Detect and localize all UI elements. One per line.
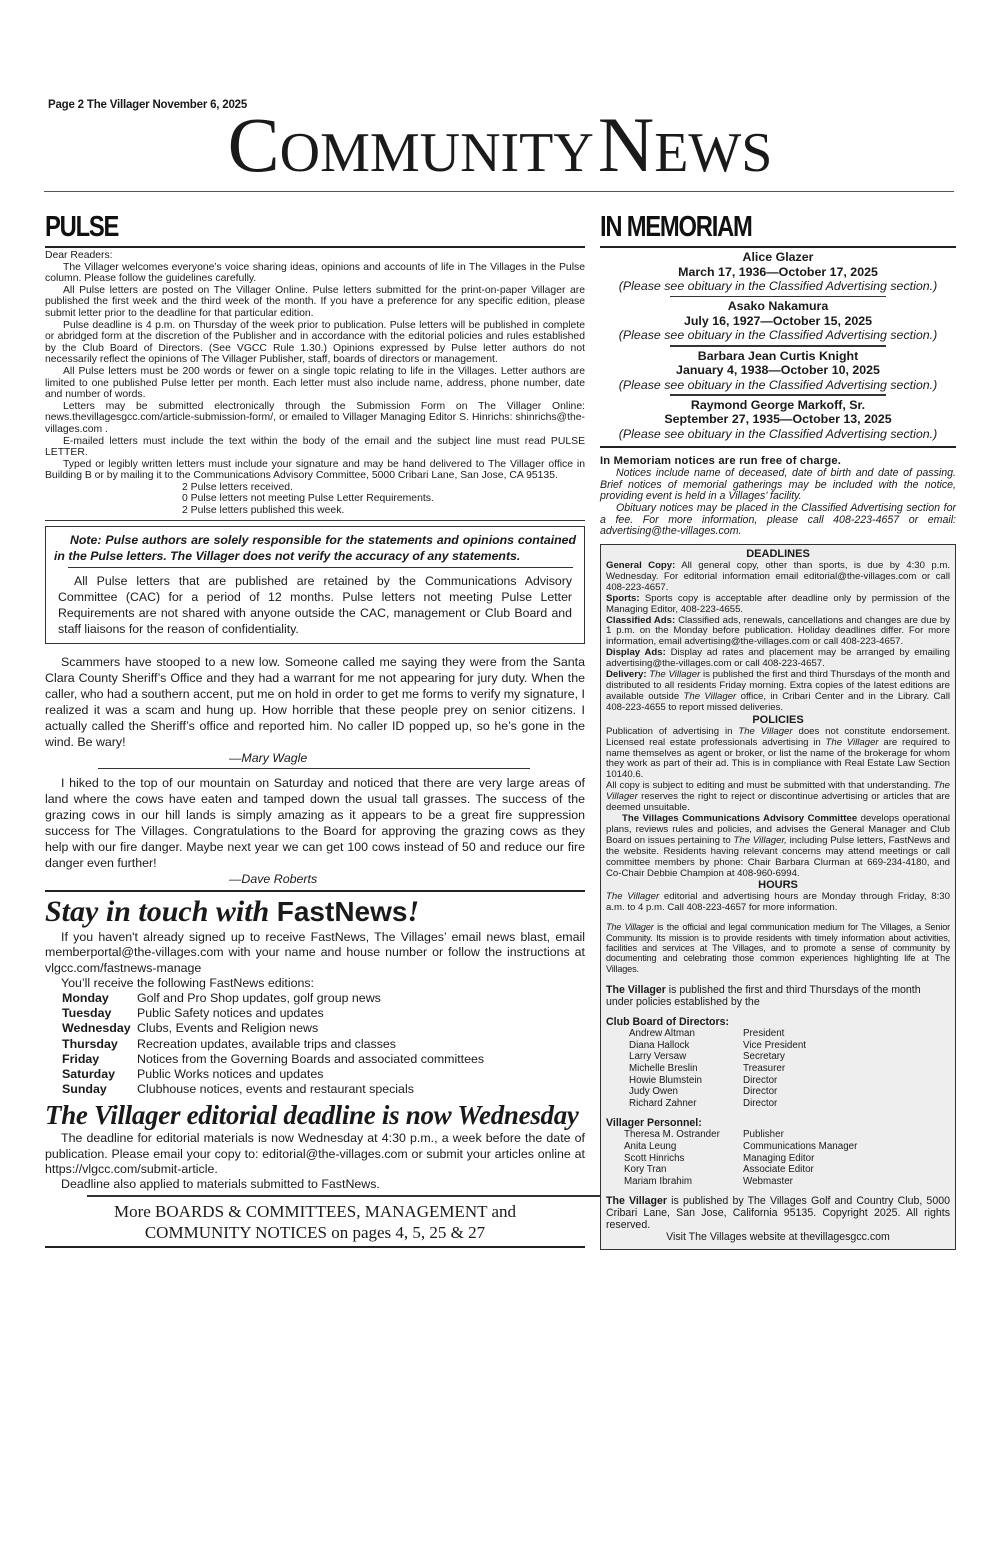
fastnews-heading-lead: Stay in touch with — [45, 895, 277, 928]
life-dates: March 17, 1936—October 17, 2025 — [600, 265, 956, 280]
publication-name: The Villager — [606, 984, 666, 996]
salutation: Dear Readers: — [45, 250, 585, 262]
roster-row: Theresa M. OstranderPublisher — [606, 1129, 950, 1141]
fastnews-brand: FastNews — [277, 896, 408, 927]
fastnews-intro: If you haven't already signed up to rece… — [45, 930, 585, 976]
roster-row: Larry VersawSecretary — [606, 1051, 950, 1063]
edition-day: Sunday — [62, 1082, 137, 1097]
deadline-item: Classified Ads: Classified ads, renewals… — [606, 616, 950, 649]
staff-name: Mariam Ibrahim — [606, 1176, 743, 1188]
deceased-name: Raymond George Markoff, Sr. — [600, 398, 956, 413]
fastnews-heading: Stay in touch with FastNews! — [45, 894, 585, 930]
counts-rule — [45, 520, 585, 521]
edition-desc: Recreation updates, available trips and … — [137, 1037, 396, 1052]
policy-paragraph: All copy is subject to editing and must … — [606, 781, 950, 814]
disclaimer-rule — [68, 567, 573, 568]
pulse-disclaimer-box: Note: Pulse authors are solely responsib… — [45, 526, 585, 644]
pulse-letter: I hiked to the top of our mountain on Sa… — [45, 775, 585, 871]
life-dates: January 4, 1938—October 10, 2025 — [600, 363, 956, 378]
deadline-item: Sports: Sports copy is acceptable after … — [606, 594, 950, 616]
memoriam-divider — [670, 296, 886, 298]
count-received: 2 Pulse letters received. — [182, 482, 585, 494]
deadline-label: Classified Ads: — [606, 615, 675, 626]
memoriam-entry: Alice Glazer March 17, 1936—October 17, … — [600, 250, 956, 294]
website-link[interactable]: Visit The Villages website at thevillage… — [606, 1231, 950, 1243]
publication-name: The Villager — [606, 922, 654, 932]
pulse-heading-rule — [45, 246, 585, 248]
roster-row: Diana HallockVice President — [606, 1040, 950, 1052]
left-column-end-rule — [45, 1246, 585, 1248]
roster-row: Judy OwenDirector — [606, 1086, 950, 1098]
roster-row: Andrew AltmanPresident — [606, 1028, 950, 1040]
publication-name: The Villager — [684, 691, 737, 702]
masthead-word-community: OMMUNITY — [280, 122, 594, 184]
member-role: Director — [743, 1098, 777, 1110]
personnel-roster: Theresa M. OstranderPublisher Anita Leun… — [606, 1129, 950, 1187]
member-name: Larry Versaw — [606, 1051, 743, 1063]
memoriam-policy-paragraph: Notices include name of deceased, date o… — [600, 468, 956, 503]
publication-name: The Villager — [649, 669, 700, 680]
fastnews-heading-bang: ! — [407, 895, 419, 928]
edition-desc: Notices from the Governing Boards and as… — [137, 1052, 484, 1067]
roster-row: Anita LeungCommunications Manager — [606, 1141, 950, 1153]
hours-paragraph: The Villager editorial and advertising h… — [606, 892, 950, 914]
count-not-meeting: 0 Pulse letters not meeting Pulse Letter… — [182, 493, 585, 505]
deadline-item: General Copy: All general copy, other th… — [606, 561, 950, 594]
staff-name: Kory Tran — [606, 1164, 743, 1176]
pulse-end-rule — [45, 890, 585, 893]
member-name: Judy Owen — [606, 1086, 743, 1098]
policy-paragraph: Publication of advertising in The Villag… — [606, 727, 950, 782]
staff-role: Communications Manager — [743, 1141, 857, 1153]
masthead-info-box: DEADLINES General Copy: All general copy… — [600, 544, 956, 1250]
publication-schedule: The Villager is published the first and … — [606, 984, 950, 1008]
mission-statement: The Villager is the official and legal c… — [606, 922, 950, 974]
pulse-guidelines: Dear Readers: The Villager welcomes ever… — [45, 250, 585, 482]
left-column: PULSE Dear Readers: The Villager welcome… — [45, 210, 585, 1248]
edition-day: Tuesday — [62, 1006, 137, 1021]
staff-name: Scott Hinrichs — [606, 1153, 743, 1165]
member-role: Secretary — [743, 1051, 785, 1063]
roster-row: Kory TranAssociate Editor — [606, 1164, 950, 1176]
edition-day: Thursday — [62, 1037, 137, 1052]
member-role: President — [743, 1028, 784, 1040]
guideline-paragraph: All Pulse letters are posted on The Vill… — [45, 285, 585, 320]
section-masthead: COMMUNITY NEWS — [0, 106, 1000, 184]
edition-day: Friday — [62, 1052, 137, 1067]
member-name: Richard Zahner — [606, 1098, 743, 1110]
retention-notice: All Pulse letters that are published are… — [58, 573, 572, 637]
staff-name: Anita Leung — [606, 1141, 743, 1153]
cac-name: The Villages Communications Advisory Com… — [622, 813, 857, 824]
more-notices-line: COMMUNITY NOTICES on pages 4, 5, 25 & 27 — [45, 1222, 585, 1243]
obituary-reference: (Please see obituary in the Classified A… — [600, 279, 956, 294]
memoriam-entry: Barbara Jean Curtis Knight January 4, 19… — [600, 349, 956, 393]
member-name: Andrew Altman — [606, 1028, 743, 1040]
roster-row: Howie BlumsteinDirector — [606, 1075, 950, 1087]
cac-paragraph: The Villages Communications Advisory Com… — [606, 814, 950, 879]
edition-row: FridayNotices from the Governing Boards … — [62, 1052, 585, 1067]
fastnews-editions-list: MondayGolf and Pro Shop updates, golf gr… — [62, 991, 585, 1097]
edition-desc: Public Works notices and updates — [137, 1067, 323, 1082]
memoriam-policy: In Memoriam notices are run free of char… — [600, 456, 956, 538]
staff-role: Managing Editor — [743, 1153, 814, 1165]
edition-desc: Clubs, Events and Religion news — [137, 1021, 318, 1036]
edition-row: MondayGolf and Pro Shop updates, golf gr… — [62, 991, 585, 1006]
deadline-label: Display Ads: — [606, 647, 666, 658]
copyright-notice: The Villager is published by The Village… — [606, 1195, 950, 1231]
member-name: Michelle Breslin — [606, 1063, 743, 1075]
right-column: IN MEMORIAM Alice Glazer March 17, 1936—… — [600, 210, 956, 1250]
memoriam-entry: Asako Nakamura July 16, 1927—October 15,… — [600, 299, 956, 343]
masthead-initial-n: N — [598, 101, 654, 188]
editorial-deadline-body: The deadline for editorial materials is … — [45, 1131, 585, 1177]
letter-divider — [98, 768, 530, 769]
deceased-name: Barbara Jean Curtis Knight — [600, 349, 956, 364]
edition-day: Wednesday — [62, 1021, 137, 1036]
deceased-name: Alice Glazer — [600, 250, 956, 265]
board-heading: Club Board of Directors: — [606, 1016, 950, 1028]
masthead-initial-c: C — [228, 101, 280, 188]
deadline-item-delivery: Delivery: The Villager is published the … — [606, 670, 950, 714]
life-dates: July 16, 1927—October 15, 2025 — [600, 314, 956, 329]
publication-name: The Villager — [606, 1195, 667, 1207]
more-notice-rule — [87, 1195, 605, 1197]
edition-row: WednesdayClubs, Events and Religion news — [62, 1021, 585, 1036]
letter-signature: —Mary Wagle — [45, 750, 585, 766]
guideline-paragraph: Pulse deadline is 4 p.m. on Thursday of … — [45, 320, 585, 366]
edition-row: ThursdayRecreation updates, available tr… — [62, 1037, 585, 1052]
staff-role: Associate Editor — [743, 1164, 814, 1176]
policy-text: All copy is subject to editing and must … — [606, 780, 933, 791]
obituary-reference: (Please see obituary in the Classified A… — [600, 378, 956, 393]
roster-row: Scott HinrichsManaging Editor — [606, 1153, 950, 1165]
member-role: Director — [743, 1075, 777, 1087]
disclaimer-note: Note: Pulse authors are solely responsib… — [54, 532, 576, 564]
deadline-item: Display Ads: Display ad rates and placem… — [606, 648, 950, 670]
deadline-label: General Copy: — [606, 560, 675, 571]
life-dates: September 27, 1935—October 13, 2025 — [600, 412, 956, 427]
publication-name: The Villager, — [734, 835, 787, 846]
edition-day: Monday — [62, 991, 137, 1006]
editorial-deadline-heading: The Villager editorial deadline is now W… — [45, 1099, 585, 1131]
personnel-heading: Villager Personnel: — [606, 1117, 950, 1129]
more-notices-pointer: More BOARDS & COMMITTEES, MANAGEMENT and… — [45, 1201, 585, 1243]
guideline-paragraph: E-mailed letters must include the text w… — [45, 436, 585, 459]
deceased-name: Asako Nakamura — [600, 299, 956, 314]
pulse-letter-counts: 2 Pulse letters received. 0 Pulse letter… — [182, 482, 585, 517]
staff-name: Theresa M. Ostrander — [606, 1129, 743, 1141]
mission-text: is the official and legal communication … — [606, 922, 950, 974]
deadline-label: Delivery: — [606, 669, 647, 680]
edition-row: TuesdayPublic Safety notices and updates — [62, 1006, 585, 1021]
edition-day: Saturday — [62, 1067, 137, 1082]
memoriam-end-rule — [600, 446, 956, 449]
memoriam-divider — [670, 345, 886, 347]
pulse-letter: Scammers have stooped to a new low. Some… — [45, 654, 585, 750]
policy-text: reserves the right to reject or disconti… — [606, 791, 950, 813]
obituary-reference: (Please see obituary in the Classified A… — [600, 328, 956, 343]
staff-role: Publisher — [743, 1129, 784, 1141]
memoriam-heading: IN MEMORIAM — [600, 210, 892, 244]
edition-row: SundayClubhouse notices, events and rest… — [62, 1082, 585, 1097]
memoriam-divider — [670, 394, 886, 396]
masthead-divider — [44, 191, 954, 192]
guideline-paragraph: Letters may be submitted electronically … — [45, 401, 585, 436]
member-role: Vice President — [743, 1040, 806, 1052]
obituary-reference: (Please see obituary in the Classified A… — [600, 427, 956, 442]
policy-text: Publication of advertising in — [606, 726, 738, 737]
roster-row: Richard ZahnerDirector — [606, 1098, 950, 1110]
member-name: Diana Hallock — [606, 1040, 743, 1052]
memoriam-heading-rule — [600, 246, 956, 248]
deadline-label: Sports: — [606, 593, 640, 604]
editorial-deadline-note: Deadline also applied to materials submi… — [45, 1177, 585, 1192]
fastnews-editions-lead: You’ll receive the following FastNews ed… — [45, 976, 585, 991]
roster-row: Mariam IbrahimWebmaster — [606, 1176, 950, 1188]
masthead-word-news: EWS — [654, 122, 772, 184]
memoriam-entry: Raymond George Markoff, Sr. September 27… — [600, 398, 956, 442]
edition-row: SaturdayPublic Works notices and updates — [62, 1067, 585, 1082]
publication-name: The Villager — [606, 891, 659, 902]
staff-role: Webmaster — [743, 1176, 793, 1188]
pulse-heading: PULSE — [45, 210, 488, 244]
editorial-deadline-block: The deadline for editorial materials is … — [45, 1131, 585, 1192]
edition-desc: Public Safety notices and updates — [137, 1006, 324, 1021]
guideline-paragraph: All Pulse letters must be 200 words or f… — [45, 366, 585, 401]
fastnews-intro-block: If you haven't already signed up to rece… — [45, 930, 585, 991]
member-role: Director — [743, 1086, 777, 1098]
edition-desc: Golf and Pro Shop updates, golf group ne… — [137, 991, 381, 1006]
publication-name: The Villager — [826, 737, 879, 748]
guideline-paragraph: The Villager welcomes everyone’s voice s… — [45, 262, 585, 285]
member-name: Howie Blumstein — [606, 1075, 743, 1087]
memoriam-policy-paragraph: Obituary notices may be placed in the Cl… — [600, 503, 956, 538]
deadline-text: Sports copy is acceptable after deadline… — [606, 593, 950, 615]
more-notices-line: More BOARDS & COMMITTEES, MANAGEMENT and — [45, 1201, 585, 1222]
guideline-paragraph: Typed or legibly written letters must in… — [45, 459, 585, 482]
publication-name: The Villager — [738, 726, 792, 737]
roster-row: Michelle BreslinTreasurer — [606, 1063, 950, 1075]
member-role: Treasurer — [743, 1063, 785, 1075]
count-published: 2 Pulse letters published this week. — [182, 505, 585, 517]
edition-desc: Clubhouse notices, events and restaurant… — [137, 1082, 414, 1097]
letter-signature: —Dave Roberts — [45, 871, 585, 887]
board-roster: Andrew AltmanPresident Diana HallockVice… — [606, 1028, 950, 1109]
